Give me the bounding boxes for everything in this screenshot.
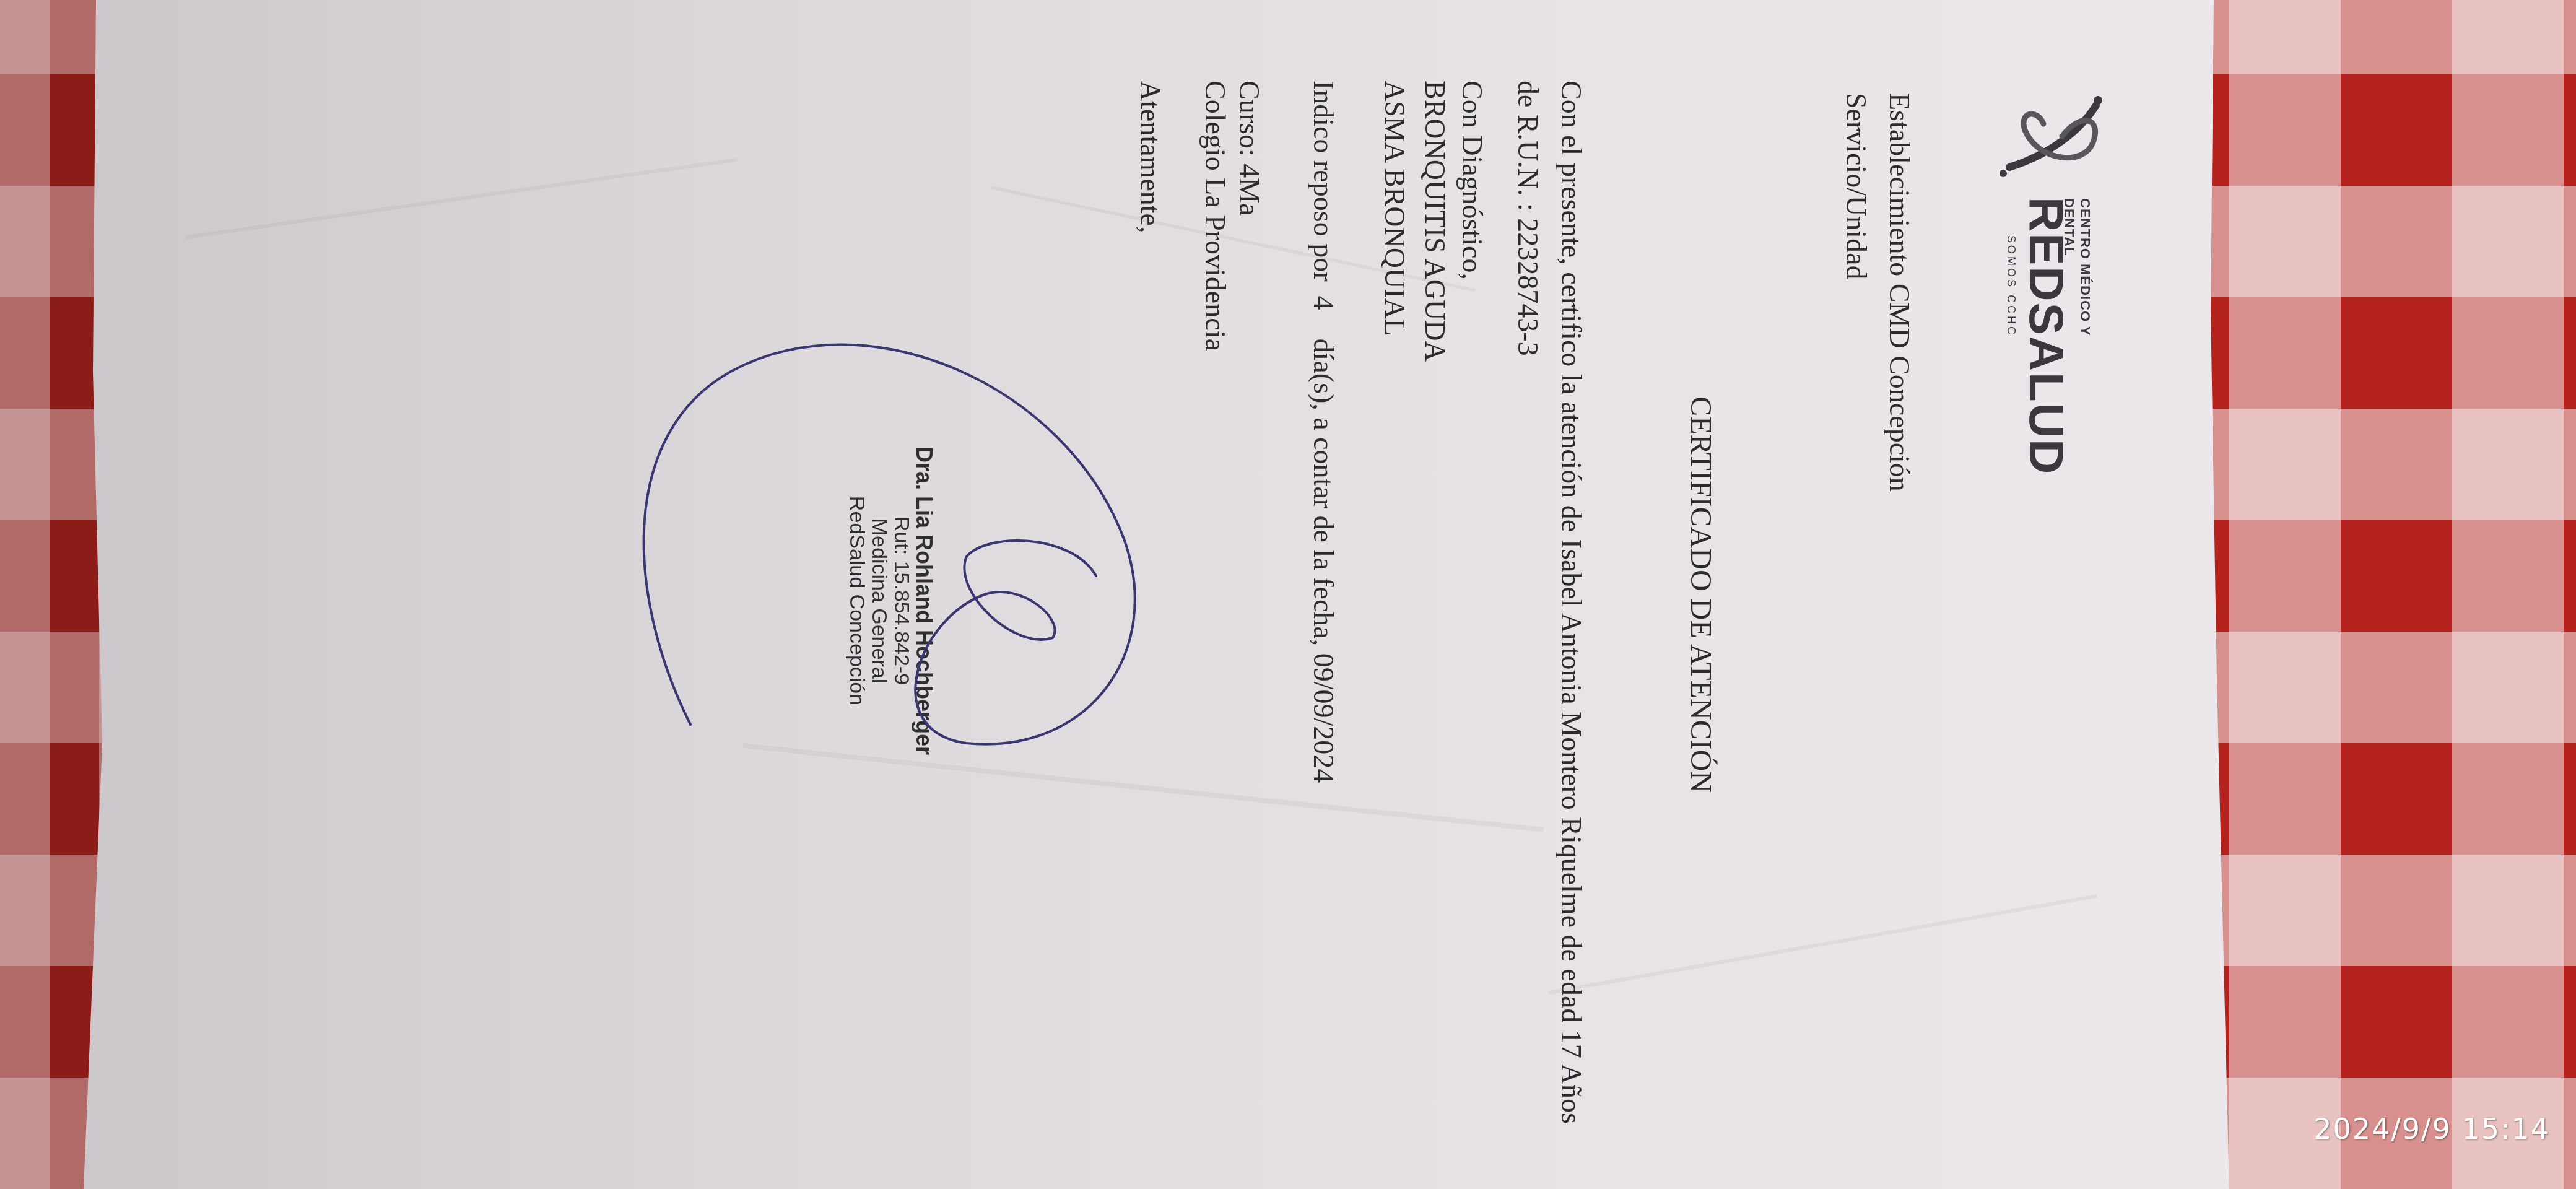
logo-brand: REDSALUD: [2018, 197, 2074, 475]
school-line: Colegio La Providencia: [1201, 81, 1229, 351]
diagnosis-item: ASMA BRONQUIAL: [1380, 81, 1409, 336]
establishment-line: Establecimiento CMD Concepción: [1885, 93, 1913, 492]
document-title: CERTIFICADO DE ATENCIÓN: [1686, 0, 1715, 1189]
redsalud-heart-icon: [2000, 93, 2105, 180]
certificate-content: CENTRO MÉDICO Y DENTAL REDSALUD SOMOS CC…: [50, 0, 2155, 1189]
doctor-rut: Rut: 15.854.842-9: [890, 427, 913, 774]
course-line: Curso: 4Ma: [1235, 81, 1263, 216]
doctor-location: RedSalud Concepción: [846, 427, 868, 774]
doctor-name: Dra. Lia Rohland Hochberger: [913, 427, 935, 774]
logo-tagline: SOMOS CCHC: [2004, 235, 2017, 337]
redsalud-logo: CENTRO MÉDICO Y DENTAL REDSALUD SOMOS CC…: [1982, 93, 2118, 378]
photo-timestamp: 2024/9/9 15:14: [2313, 1112, 2550, 1146]
intro-line-1: Con el presente, certifico la atención d…: [1557, 81, 1585, 1124]
closing-line: Atentamente,: [1136, 81, 1164, 233]
doctor-specialty: Medicina General: [868, 427, 890, 774]
doctor-stamp: Dra. Lia Rohland Hochberger Rut: 15.854.…: [846, 427, 935, 774]
diagnosis-label: Con Diagnóstico,: [1458, 81, 1486, 280]
rest-line: Indico reposo por 4 día(s), a contar de …: [1309, 81, 1338, 783]
intro-line-2: de R.U.N. : 22328743-3: [1513, 81, 1542, 356]
service-line: Servicio/Unidad: [1842, 93, 1870, 280]
diagnosis-item: BRONQUITIS AGUDA: [1421, 81, 1449, 362]
